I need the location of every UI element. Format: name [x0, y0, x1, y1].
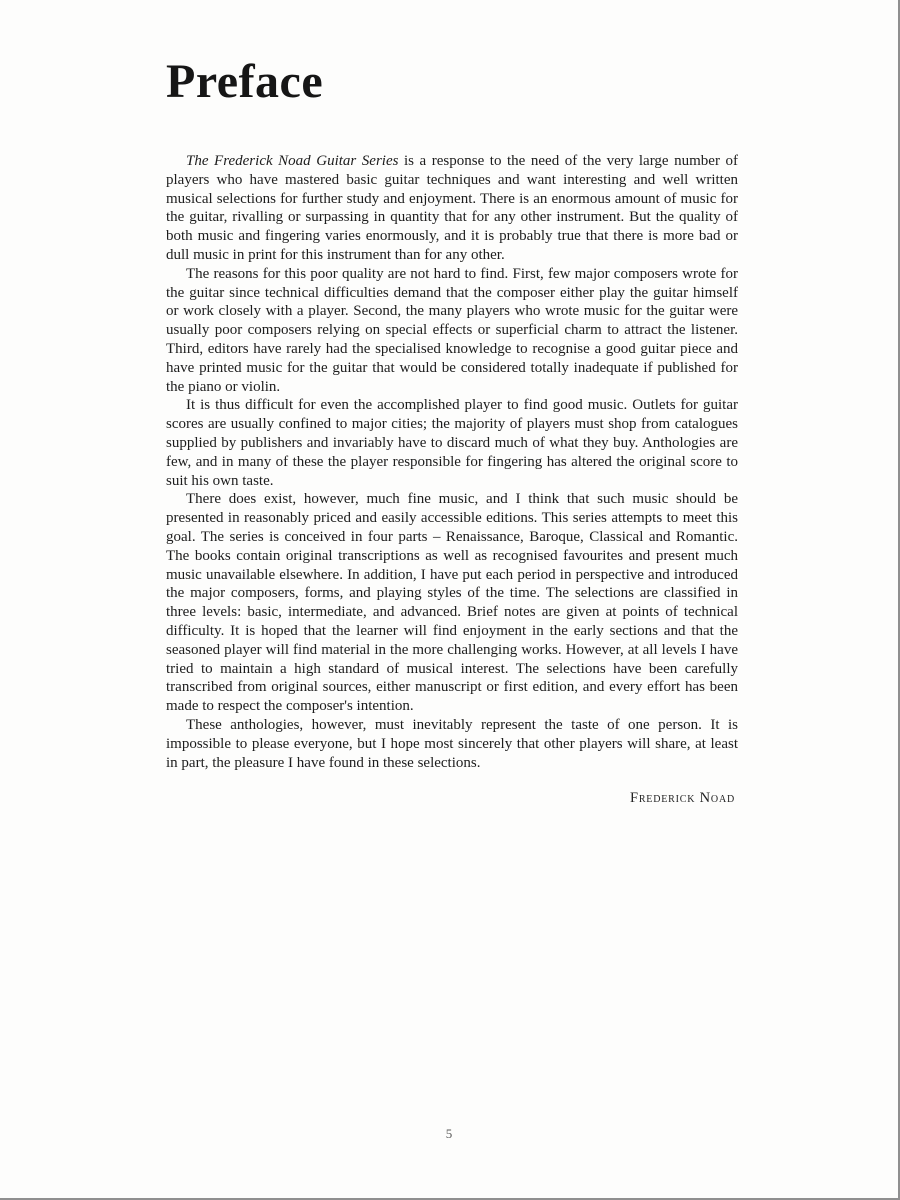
preface-paragraph-2: The reasons for this poor quality are no… — [166, 265, 738, 397]
preface-paragraph-3: It is thus difficult for even the accomp… — [166, 396, 738, 490]
preface-body: The Frederick Noad Guitar Series is a re… — [166, 152, 738, 808]
page-content: Preface The Frederick Noad Guitar Series… — [166, 56, 738, 808]
page-title: Preface — [166, 56, 738, 108]
book-page: Preface The Frederick Noad Guitar Series… — [0, 0, 900, 1200]
preface-paragraph-4: There does exist, however, much fine mus… — [166, 490, 738, 716]
series-title-italic: The Frederick Noad Guitar Series — [186, 153, 398, 169]
paragraph-1-text: is a response to the need of the very la… — [166, 153, 738, 263]
author-signature: Frederick Noad — [166, 789, 738, 808]
preface-paragraph-5: These anthologies, however, must inevita… — [166, 716, 738, 772]
preface-paragraph-1: The Frederick Noad Guitar Series is a re… — [166, 152, 738, 265]
page-number: 5 — [0, 1126, 898, 1142]
